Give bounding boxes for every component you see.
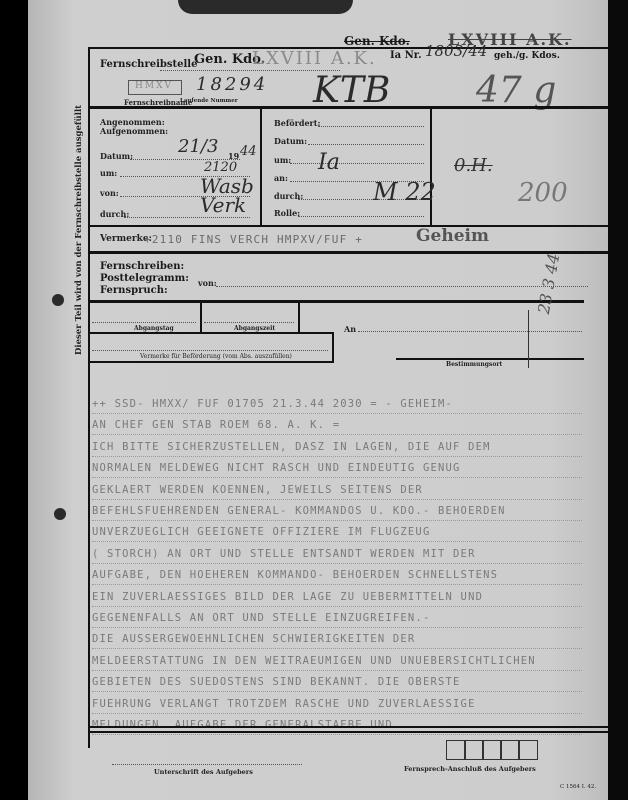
befoerdert-label: Befördert: <box>274 118 320 128</box>
header-stamp-prefix: Gen. Kdo. <box>344 34 410 48</box>
vermerke-befoerderung-line <box>92 350 328 351</box>
datum-label: Datum: <box>100 151 133 161</box>
bestimmungsort-label: Bestimmungsort <box>446 361 502 368</box>
vermerke-top-rule <box>88 225 608 227</box>
form-left-border <box>88 48 90 748</box>
message-line: AN CHEF GEN STAB ROEM 68. A. K. = <box>92 419 340 431</box>
an-line <box>358 331 582 332</box>
abgang-divider-2 <box>298 302 300 332</box>
scan-border <box>608 0 628 800</box>
message-line: ( STORCH) AN ORT UND STELLE ENTSANDT WER… <box>92 548 476 560</box>
message-line: GEKLAERT WERDEN KOENNEN, JEWEILS SEITENS… <box>92 484 423 496</box>
bestimmungsort-rule <box>396 358 584 360</box>
received-divider <box>260 108 262 226</box>
binder-clip-shadow <box>178 0 353 14</box>
fwd-an-label: an: <box>274 173 288 183</box>
handwritten-ktb: KTB <box>313 70 390 111</box>
message-ruling <box>92 499 582 500</box>
message-ruling <box>92 541 582 542</box>
vermerke-bottom-rule <box>88 251 608 254</box>
message-ruling <box>92 434 582 435</box>
side-note: Dieser Teil wird von der Fernschreibstel… <box>74 105 84 355</box>
message-ruling <box>92 563 582 564</box>
fwd-um-line <box>290 163 424 164</box>
laufende-nummer-label: Laufende Nummer <box>180 98 238 104</box>
message-line: AUFGABE, DEN HOEHEREN KOMMANDO- BEHOERDE… <box>92 569 498 581</box>
forwarded-divider <box>430 108 432 226</box>
datum-value: 21/3 <box>178 136 218 157</box>
fernsprech-label: Fernsprech-Anschluß des Aufgebers <box>404 765 536 773</box>
ia-nr-value: 1803/44 <box>425 42 487 60</box>
message-ruling <box>92 413 582 414</box>
fernspruch-label: Fernspruch: <box>100 285 168 296</box>
message-line: UNVERZUEGLICH GEEIGNETE OFFIZIERE IM FLU… <box>92 526 430 538</box>
message-ruling <box>92 691 582 692</box>
abgangszeit-label: Abgangszeit <box>234 325 275 332</box>
fwd-durch-value: M 22 <box>373 178 436 206</box>
fernschreiben-label: Fernschreiben: <box>100 261 184 272</box>
fernschreibname-box: HMXV <box>128 80 182 95</box>
message-ruling <box>92 456 582 457</box>
message-line: FUEHRUNG VERLANGT TROTZDEM RASCHE UND ZU… <box>92 698 476 710</box>
header-bottom-rule <box>88 106 608 109</box>
aufgenommen-label: Aufgenommen: <box>100 126 168 136</box>
um-label: um: <box>100 168 117 178</box>
punch-hole <box>52 294 64 306</box>
message-ruling <box>92 670 582 671</box>
an-label: An <box>344 324 356 334</box>
handwritten-top-right: 47 g <box>476 70 556 111</box>
posttelegramm-label: Posttelegramm: <box>100 273 189 284</box>
message-ruling <box>92 606 582 607</box>
vermerke-befoerderung-right <box>332 332 334 362</box>
footer-rule-2 <box>88 731 608 733</box>
message-line: DIE AUSSERGEWOEHNLICHEN SCHWIERIGKEITEN … <box>92 633 415 645</box>
message-line: ++ SSD- HMXX/ FUF 01705 21.3.44 2030 = -… <box>92 398 453 410</box>
message-ruling <box>92 477 582 478</box>
message-ruling <box>92 520 582 521</box>
dispatch-top-rule <box>88 300 584 303</box>
abgangszeit-line <box>204 322 294 323</box>
rolle-line <box>298 216 424 217</box>
fernschreibname-value: HMXV <box>135 81 173 91</box>
fwd-datum-label: Datum: <box>274 136 307 146</box>
message-line: NORMALEN MELDEWEG NICHT RASCH UND EINDEU… <box>92 462 461 474</box>
von-field-label: von: <box>198 278 217 288</box>
message-line: MELDUNGEN. AUFGABE DER GENERALSTAEBE UND <box>92 719 393 731</box>
abgangstag-line <box>92 322 196 323</box>
message-ruling <box>92 648 582 649</box>
form-number: C 1564 I. 42. <box>560 784 596 790</box>
unterschrift-line <box>112 764 302 765</box>
befoerdert-line <box>318 126 424 127</box>
vermerke-befoerderung-label: Vermerke für Beförderung (vom Abs. auszu… <box>140 353 292 360</box>
fwd-datum-line <box>308 144 424 145</box>
vermerke-befoerderung-bottom <box>88 361 334 363</box>
bestimmungsort-divider <box>528 310 529 368</box>
message-ruling <box>92 734 582 735</box>
telegram-form-page: Dieser Teil wird von der Fernschreibstel… <box>28 0 608 800</box>
vermerke-value: +2110 FINS VERCH HMPXV/FUF + <box>144 233 363 246</box>
crossed-value: 0.H. <box>454 155 493 176</box>
punch-hole <box>54 508 66 520</box>
message-ruling <box>92 584 582 585</box>
von-field-line <box>216 286 588 287</box>
message-line: GEGENENFALLS AN ORT UND STELLE EINZUGREI… <box>92 612 430 624</box>
unterschrift-label: Unterschrift des Aufgebers <box>154 768 253 776</box>
durch-line <box>124 217 250 218</box>
message-line: GEBIETEN DES SUEDOSTENS SIND BEKANNT. DI… <box>92 676 461 688</box>
fwd-um-label: um: <box>274 155 291 165</box>
message-ruling <box>92 713 582 714</box>
geh-kdos-label: geh./g. Kdos. <box>494 51 560 61</box>
fernschreibstelle-label: Fernschreibstelle <box>100 59 197 70</box>
message-line: MELDEERSTATTUNG IN DEN WEITRAEUMIGEN UND… <box>92 655 536 667</box>
fwd-um-value: Ia <box>318 150 340 175</box>
abgangstag-label: Abgangstag <box>134 325 174 332</box>
von-label: von: <box>100 188 119 198</box>
message-line: BEFEHLSFUEHRENDEN GENERAL- KOMMANDOS U. … <box>92 505 506 517</box>
message-line: ICH BITTE SICHERZUSTELLEN, DASZ IN LAGEN… <box>92 441 491 453</box>
rolle-label: Rolle: <box>274 208 300 218</box>
fernschreibstelle-stamp: LXVIII A.K. <box>252 48 377 69</box>
footer-rule-1 <box>88 726 608 728</box>
ia-nr-label: Ia Nr. <box>390 50 422 61</box>
um-value: 2120 <box>204 160 237 175</box>
right-box-value: 200 <box>518 178 568 208</box>
geheim-stamp: Geheim <box>416 226 489 246</box>
abgang-divider <box>200 302 202 332</box>
laufende-nummer-value: 18294 <box>196 74 268 95</box>
message-line: EIN ZUVERLAESSIGES BILD DER LAGE ZU UEBE… <box>92 591 483 603</box>
vermerke-befoerderung-top <box>88 332 334 334</box>
message-ruling <box>92 627 582 628</box>
year-value: 44 <box>240 144 257 159</box>
durch-value: Verk <box>200 193 246 217</box>
